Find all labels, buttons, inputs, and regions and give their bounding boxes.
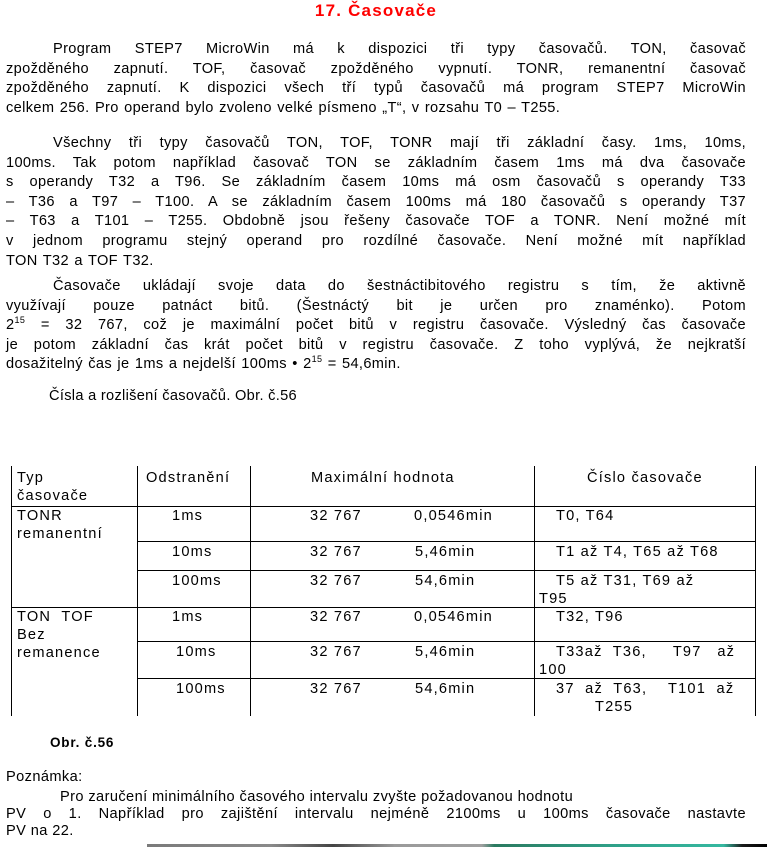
cell-max-time: 5,46min bbox=[415, 643, 475, 661]
table-row-divider bbox=[137, 541, 756, 542]
timer-numbers-line: T95 bbox=[539, 590, 694, 608]
text-line: 215 = 32 767, což je maximální počet bit… bbox=[6, 316, 746, 336]
group-type-line: TON TOF bbox=[17, 608, 101, 626]
text-line: – T63 a T101 – T255. Obdobně jsou řešeny… bbox=[6, 212, 746, 232]
power-exponent: 15 bbox=[14, 315, 25, 325]
header-max-value: Maximální hodnota bbox=[311, 469, 455, 487]
group-type-line: remanentní bbox=[17, 525, 103, 543]
text-line: dosažitelný čas je 1ms a nejdelší 100ms … bbox=[6, 355, 746, 375]
table-row-divider bbox=[11, 506, 756, 507]
cell-resolution: 1ms bbox=[172, 507, 203, 525]
cell-resolution: 10ms bbox=[172, 543, 213, 561]
cell-timer-numbers: 37 až T63, T101 až T255 bbox=[539, 680, 734, 716]
timer-numbers-line: 100 bbox=[539, 661, 735, 679]
cell-timer-numbers: T1 až T4, T65 až T68 bbox=[556, 543, 719, 561]
table-column-divider bbox=[534, 466, 535, 716]
table-border-left bbox=[11, 466, 12, 716]
cell-resolution: 100ms bbox=[172, 572, 222, 590]
timer-numbers-line: T255 bbox=[539, 698, 734, 716]
timer-numbers-line: T5 až T31, T69 až bbox=[539, 572, 694, 590]
text-line: celkem 256. Pro operand bylo zvoleno vel… bbox=[6, 99, 746, 119]
cell-max-time: 5,46min bbox=[415, 543, 475, 561]
decorative-divider-bar bbox=[147, 844, 767, 847]
text-line: zpožděného zapnutí. K dispozici všech tř… bbox=[6, 79, 746, 99]
text-line: v jednom programu stejný operand pro roz… bbox=[6, 232, 746, 252]
cell-resolution: 100ms bbox=[176, 680, 226, 698]
cell-max-count: 32 767 bbox=[310, 507, 362, 525]
text-line: Program STEP7 MicroWin má k dispozici tř… bbox=[6, 40, 746, 60]
cell-max-count: 32 767 bbox=[310, 680, 362, 698]
cell-max-time: 54,6min bbox=[415, 680, 475, 698]
timer-numbers-line: T32, T96 bbox=[556, 608, 624, 626]
text-line: TON T32 a TOF T32. bbox=[6, 252, 746, 272]
group-type-line: TONR bbox=[17, 507, 103, 525]
table-column-divider bbox=[137, 466, 138, 716]
text-line: je potom základní čas krát počet bitů v … bbox=[6, 336, 746, 356]
header-timer-number: Číslo časovače bbox=[587, 469, 703, 487]
text-line: Všechny tři typy časovačů TON, TOF, TONR… bbox=[6, 134, 746, 154]
cell-timer-numbers: T5 až T31, T69 až T95 bbox=[539, 572, 694, 608]
table-border-right bbox=[755, 466, 756, 716]
table-row-divider bbox=[137, 641, 756, 642]
cell-max-count: 32 767 bbox=[310, 643, 362, 661]
text-line: s operandy T32 a T96. Se základním časem… bbox=[6, 173, 746, 193]
text-line: zpožděného zapnutí. TOF, časovač zpožděn… bbox=[6, 60, 746, 80]
text-line: využívají pouze patnáct bitů. (Šestnáctý… bbox=[6, 297, 746, 317]
timer-numbers-line: T0, T64 bbox=[556, 507, 614, 525]
group-type-ton-tof: TON TOF Bez remanence bbox=[17, 608, 101, 662]
cell-resolution: 10ms bbox=[176, 643, 217, 661]
cell-timer-numbers: T0, T64 bbox=[556, 507, 614, 525]
cell-max-time: 54,6min bbox=[415, 572, 475, 590]
note-label: Poznámka: bbox=[6, 769, 83, 785]
header-type: Typ časovače bbox=[17, 469, 88, 505]
cell-max-time: 0,0546min bbox=[414, 608, 493, 626]
cell-max-count: 32 767 bbox=[310, 543, 362, 561]
timer-numbers-line: T33až T36, T97 až bbox=[539, 643, 735, 661]
header-type-line: časovače bbox=[17, 487, 88, 505]
group-type-tonr: TONR remanentní bbox=[17, 507, 103, 543]
text-fragment: dosažitelný čas je 1ms a nejdelší 100ms … bbox=[6, 356, 312, 372]
header-resolution: Odstranění bbox=[146, 469, 230, 487]
table-intro: Čísla a rozlišení časovačů. Obr. č.56 bbox=[49, 388, 297, 404]
figure-caption: Obr. č.56 bbox=[50, 735, 114, 750]
cell-max-count: 32 767 bbox=[310, 608, 362, 626]
page-title: 17. Časovače bbox=[0, 1, 752, 21]
text-line: – T36 a T97 – T100. A se základním časem… bbox=[6, 193, 746, 213]
cell-max-time: 0,0546min bbox=[414, 507, 493, 525]
table-row-divider bbox=[11, 607, 756, 608]
table-column-divider bbox=[250, 466, 251, 716]
paragraph-register: Časovače ukládají svoje data do šestnáct… bbox=[6, 277, 746, 375]
header-type-line: Typ bbox=[17, 469, 88, 487]
group-type-line: Bez bbox=[17, 626, 101, 644]
paragraph-timer-types: Program STEP7 MicroWin má k dispozici tř… bbox=[6, 40, 746, 118]
text-fragment: = 54,6min. bbox=[322, 356, 400, 372]
timer-numbers-line: T1 až T4, T65 až T68 bbox=[556, 543, 719, 561]
note-text: Pro zaručení minimálního časového interv… bbox=[6, 789, 746, 840]
text-line: 100ms. Tak potom například časovač TON s… bbox=[6, 154, 746, 174]
cell-resolution: 1ms bbox=[172, 608, 203, 626]
power-exponent: 15 bbox=[312, 354, 323, 364]
cell-max-count: 32 767 bbox=[310, 572, 362, 590]
text-line: Časovače ukládají svoje data do šestnáct… bbox=[6, 277, 746, 297]
text-line: PV o 1. Například pro zajištění interval… bbox=[6, 806, 746, 823]
table-row-divider bbox=[137, 570, 756, 571]
timer-numbers-line: 37 až T63, T101 až bbox=[539, 680, 734, 698]
table-row-divider bbox=[137, 678, 756, 679]
timers-table: Typ časovače Odstranění Maximální hodnot… bbox=[0, 0, 776, 861]
cell-timer-numbers: T33až T36, T97 až 100 bbox=[539, 643, 735, 679]
text-line: Pro zaručení minimálního časového interv… bbox=[6, 789, 746, 806]
paragraph-base-times: Všechny tři typy časovačů TON, TOF, TONR… bbox=[6, 134, 746, 271]
group-type-line: remanence bbox=[17, 644, 101, 662]
cell-timer-numbers: T32, T96 bbox=[556, 608, 624, 626]
text-line: PV na 22. bbox=[6, 823, 746, 840]
text-fragment: = 32 767, což je maximální počet bitů v … bbox=[25, 317, 746, 333]
